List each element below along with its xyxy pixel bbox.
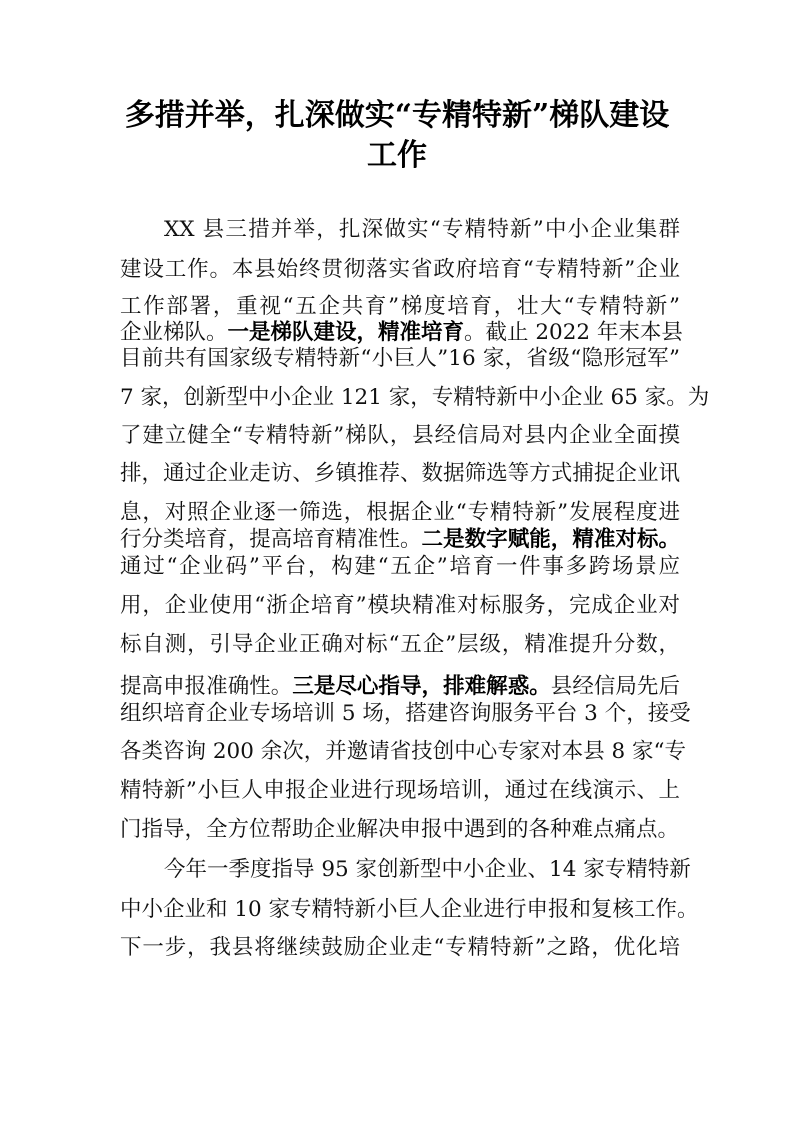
body-text-segment: 门指导，全方位帮助企业解决申报中遇到的各种难点痛点。 bbox=[120, 817, 679, 842]
bold-heading-phrase: 一是梯队建设，精准培育 bbox=[228, 320, 465, 345]
body-text-line: 了建立健全“专精特新”梯队，县经信局对县内企业全面摸 bbox=[120, 423, 680, 449]
body-text-segment: 组织培育企业专场培训 5 场，搭建咨询服务平台 3 个，接受 bbox=[120, 701, 691, 726]
body-text-segment: 各类咨询 200 余次，并邀请省技创中心专家对本县 8 家“专 bbox=[120, 739, 686, 764]
bold-heading-phrase: 三是尽心指导，排难解惑。 bbox=[292, 674, 550, 699]
body-text-segment: 中小企业和 10 家专精特新小巨人企业进行申报和复核工作。 bbox=[120, 897, 699, 922]
body-text-line: 提高申报准确性。三是尽心指导，排难解惑。县经信局先后 bbox=[120, 674, 680, 700]
body-text-line: 中小企业和 10 家专精特新小巨人企业进行申报和复核工作。 bbox=[120, 897, 680, 923]
body-text-segment: 企业梯队。 bbox=[120, 320, 228, 345]
body-text-line: 通过“企业码”平台，构建“五企”培育一件事多跨场景应 bbox=[120, 554, 680, 580]
body-text-line: 7 家，创新型中小企业 121 家，专精特新中小企业 65 家。为 bbox=[120, 385, 680, 411]
body-text-segment: 7 家，创新型中小企业 121 家，专精特新中小企业 65 家。为 bbox=[120, 385, 709, 410]
body-text-segment: 。截止 2022 年末本县 bbox=[464, 320, 683, 345]
body-text-line: 企业梯队。一是梯队建设，精准培育。截止 2022 年末本县 bbox=[120, 320, 680, 346]
body-text-line: 用，企业使用“浙企培育”模块精准对标服务，完成企业对 bbox=[120, 593, 680, 619]
body-text-line: 下一步，我县将继续鼓励企业走“专精特新”之路，优化培 bbox=[120, 935, 680, 961]
body-text-line: 门指导，全方位帮助企业解决申报中遇到的各种难点痛点。 bbox=[120, 817, 680, 843]
bold-heading-phrase: 二是数字赋能，精准对标。 bbox=[422, 527, 680, 552]
body-text-line: XX 县三措并举，扎深做实“专精特新”中小企业集群 bbox=[164, 217, 680, 243]
body-text-segment: 县经信局先后 bbox=[551, 674, 680, 699]
body-text-segment: 今年一季度指导 95 家创新型中小企业、14 家专精特新 bbox=[164, 857, 691, 882]
document-page: 多措并举，扎深做实“专精特新”梯队建设 工作 XX 县三措并举，扎深做实“专精特… bbox=[0, 0, 794, 1122]
body-text-segment: 提高申报准确性。 bbox=[120, 674, 292, 699]
body-text-segment: 下一步，我县将继续鼓励企业走“专精特新”之路，优化培 bbox=[120, 935, 680, 960]
body-text-segment: 用，企业使用“浙企培育”模块精准对标服务，完成企业对 bbox=[120, 593, 680, 618]
body-text-segment: 标自测，引导企业正确对标“五企”层级，精准提升分数， bbox=[120, 632, 680, 657]
body-text-line: 建设工作。本县始终贯彻落实省政府培育“专精特新”企业 bbox=[120, 257, 680, 283]
body-text-line: 今年一季度指导 95 家创新型中小企业、14 家专精特新 bbox=[164, 857, 680, 883]
body-text-line: 精特新”小巨人申报企业进行现场培训，通过在线演示、上 bbox=[120, 778, 680, 804]
body-text-segment: 目前共有国家级专精特新“小巨人”16 家，省级“隐形冠军” bbox=[120, 346, 680, 371]
body-text-line: 组织培育企业专场培训 5 场，搭建咨询服务平台 3 个，接受 bbox=[120, 701, 680, 727]
document-title-line-1: 多措并举，扎深做实“专精特新”梯队建设 bbox=[100, 96, 694, 136]
body-text-segment: 通过“企业码”平台，构建“五企”培育一件事多跨场景应 bbox=[120, 554, 680, 579]
body-text-segment: 工作部署，重视“五企共育”梯度培育，壮大“专精特新” bbox=[120, 294, 680, 319]
body-text-segment: XX 县三措并举，扎深做实“专精特新”中小企业集群 bbox=[164, 217, 680, 242]
body-text-segment: 建设工作。本县始终贯彻落实省政府培育“专精特新”企业 bbox=[120, 257, 680, 282]
body-text-segment: 排，通过企业走访、乡镇推荐、数据筛选等方式捕捉企业讯 bbox=[120, 461, 680, 486]
body-text-segment: 精特新”小巨人申报企业进行现场培训，通过在线演示、上 bbox=[120, 778, 680, 803]
body-text-segment: 行分类培育，提高培育精准性。 bbox=[120, 527, 422, 552]
body-text-line: 息，对照企业逐一筛选，根据企业“专精特新”发展程度进 bbox=[120, 500, 680, 526]
body-text-segment: 息，对照企业逐一筛选，根据企业“专精特新”发展程度进 bbox=[120, 500, 680, 525]
body-text-line: 行分类培育，提高培育精准性。二是数字赋能，精准对标。 bbox=[120, 527, 680, 553]
body-text-segment: 了建立健全“专精特新”梯队，县经信局对县内企业全面摸 bbox=[120, 423, 680, 448]
body-text-line: 各类咨询 200 余次，并邀请省技创中心专家对本县 8 家“专 bbox=[120, 739, 680, 765]
body-text-line: 目前共有国家级专精特新“小巨人”16 家，省级“隐形冠军” bbox=[120, 346, 680, 372]
body-text-line: 工作部署，重视“五企共育”梯度培育，壮大“专精特新” bbox=[120, 294, 680, 320]
body-text-line: 标自测，引导企业正确对标“五企”层级，精准提升分数， bbox=[120, 632, 680, 658]
body-text-line: 排，通过企业走访、乡镇推荐、数据筛选等方式捕捉企业讯 bbox=[120, 461, 680, 487]
document-title-line-2: 工作 bbox=[100, 136, 694, 176]
